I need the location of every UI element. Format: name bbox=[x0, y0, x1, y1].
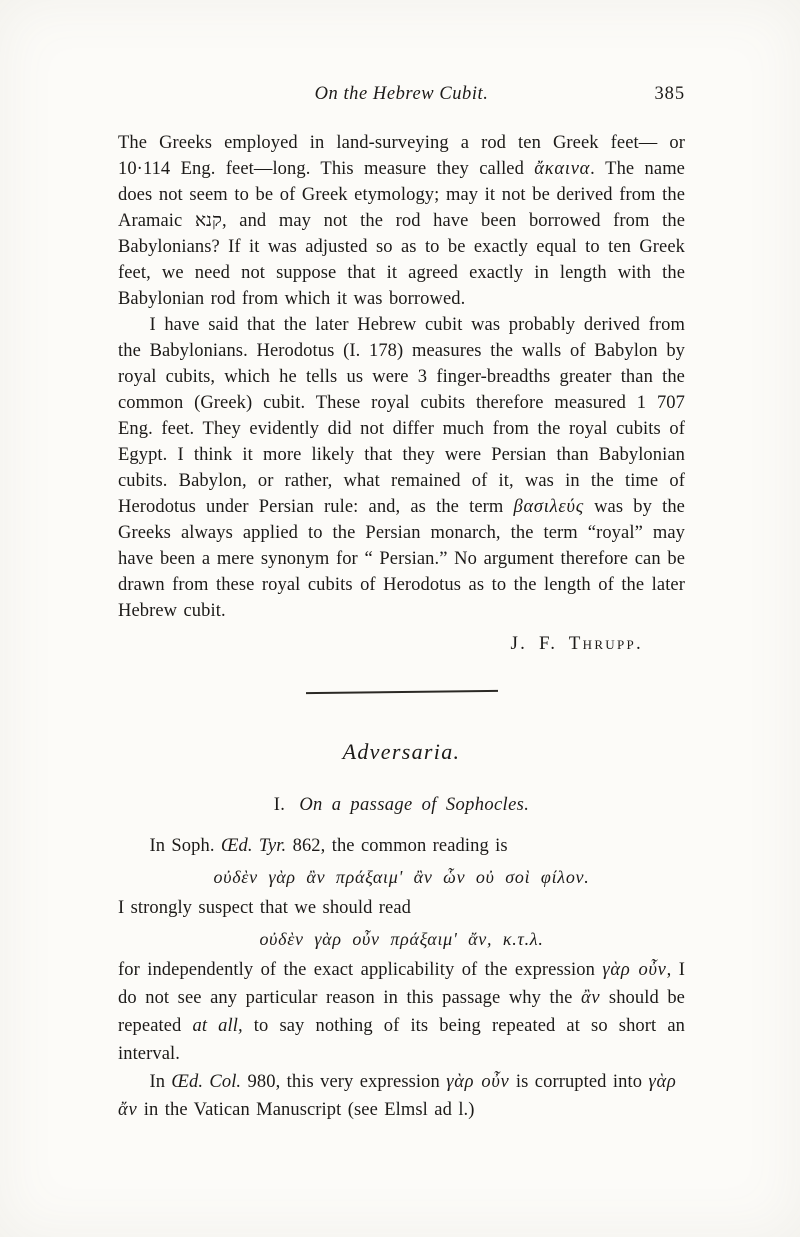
paragraph-oed-col: In Œd. Col. 980, this very expression γὰ… bbox=[118, 1068, 685, 1124]
greek-text: βασιλεύς bbox=[514, 497, 584, 517]
running-header-title: On the Hebrew Cubit. bbox=[118, 84, 685, 105]
text-segment: Œd. Col. bbox=[171, 1072, 241, 1092]
greek-text: γὰρ οὖν bbox=[446, 1072, 509, 1092]
section-divider-rule bbox=[305, 690, 497, 694]
author-signature: J. F. Thrupp. bbox=[118, 633, 685, 655]
paragraph-soph-intro: In Soph. Œd. Tyr. 862, the common readin… bbox=[118, 832, 685, 860]
paragraph-hebrew-cubit: I have said that the later Hebrew cubit … bbox=[118, 312, 685, 624]
subsection-title: On a passage of Sophocles. bbox=[299, 795, 529, 815]
greek-text: ἄκαινα bbox=[534, 159, 590, 179]
paragraph-independently: for independently of the exact applicabi… bbox=[118, 956, 685, 1068]
text-segment: for independently of the exact applicabi… bbox=[118, 960, 602, 980]
paragraph-greek-rod: The Greeks employed in land-surveying a … bbox=[118, 130, 685, 312]
hebrew-text: קנא bbox=[195, 211, 222, 231]
suspect-line: I strongly suspect that we should read bbox=[118, 894, 685, 922]
running-header: On the Hebrew Cubit. 385 bbox=[118, 84, 685, 110]
text-segment: 862, the common reading is bbox=[286, 836, 507, 856]
text-segment: in the Vatican Manuscript (see Elmsl ad … bbox=[137, 1100, 474, 1120]
page-number: 385 bbox=[654, 84, 685, 105]
text-segment: In Soph. bbox=[149, 836, 221, 856]
subsection-heading: I.On a passage of Sophocles. bbox=[118, 795, 685, 816]
text-segment: Œd. Tyr. bbox=[221, 836, 286, 856]
scanned-page: On the Hebrew Cubit. 385 The Greeks empl… bbox=[0, 0, 800, 1237]
greek-text: ἂν bbox=[581, 988, 600, 1008]
text-segment: is corrupted into bbox=[510, 1072, 649, 1092]
text-segment: 980, this very expression bbox=[241, 1072, 446, 1092]
text-column: On the Hebrew Cubit. 385 The Greeks empl… bbox=[118, 84, 685, 1124]
section-heading-adversaria: Adversaria. bbox=[118, 739, 685, 765]
subsection-numeral: I. bbox=[274, 795, 286, 815]
sophocles-section: In Soph. Œd. Tyr. 862, the common readin… bbox=[118, 832, 685, 1124]
greek-verse-2: οὐδὲν γὰρ οὖν πράξαιμ' ἄν, κ.τ.λ. bbox=[118, 925, 685, 953]
text-segment: I have said that the later Hebrew cubit … bbox=[118, 315, 685, 517]
text-segment: In bbox=[149, 1072, 171, 1092]
greek-verse-1: οὐδὲν γὰρ ἂν πράξαιμ' ἂν ὧν οὐ σοὶ φίλον… bbox=[118, 863, 685, 891]
text-segment: at all, bbox=[192, 1016, 242, 1036]
greek-text: γὰρ οὖν bbox=[602, 960, 666, 980]
